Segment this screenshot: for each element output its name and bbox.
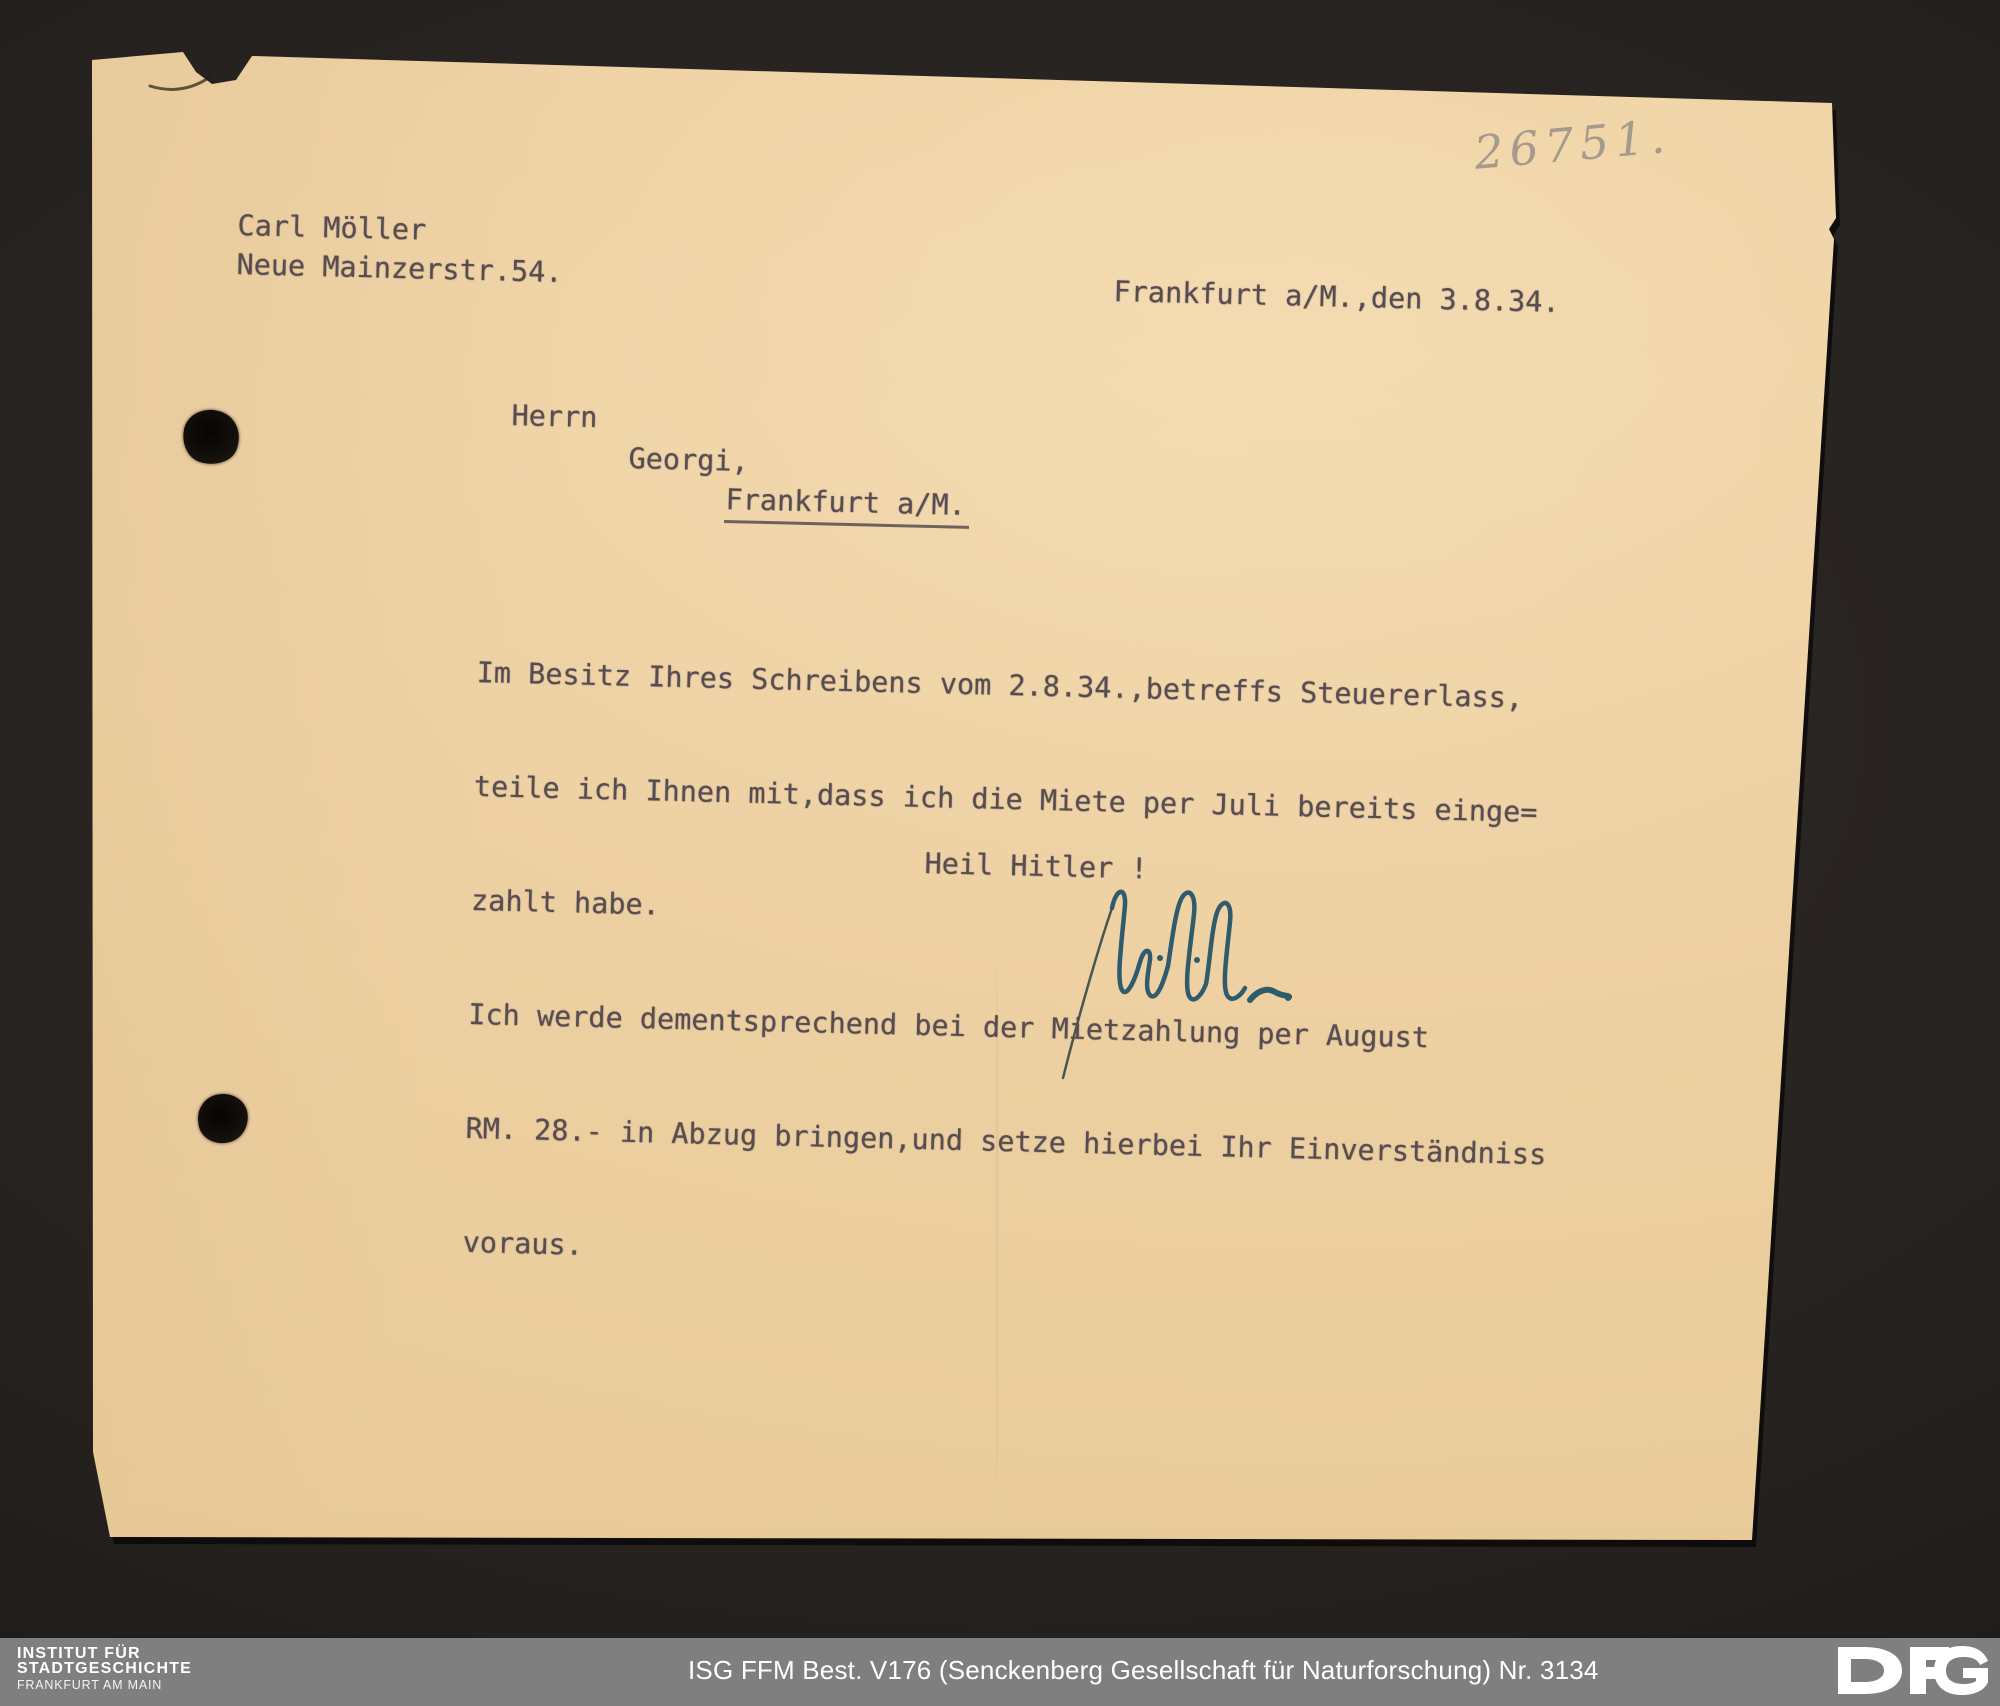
scanned-letter-page: 26751. Carl MöllerNeue Mainzerstr.54. Fr… — [0, 0, 2000, 1706]
institution-line: STADTGESCHICHTE — [17, 1662, 192, 1677]
body-line: Ich werde dementsprechend bei der Mietza… — [468, 996, 1550, 1060]
recipient-salutation: Herrn — [511, 399, 598, 434]
institution-block: INSTITUT FÜR STADTGESCHICHTE FRANKFURT A… — [17, 1647, 192, 1691]
body-line: voraus. — [462, 1224, 1544, 1288]
dfg-logo: DFG — [1838, 1646, 1988, 1696]
sender-name: Carl Möller — [237, 209, 426, 247]
institution-line: FRANKFURT AM MAIN — [17, 1679, 192, 1691]
body-line: zahlt habe. — [471, 882, 1553, 946]
sender-street: Neue Mainzerstr.54. — [236, 248, 563, 289]
body-line: RM. 28.- in Abzug bringen,und setze hier… — [465, 1110, 1547, 1174]
closing-salute: Heil Hitler ! — [924, 847, 1148, 885]
archive-reference: ISG FFM Best. V176 (Senckenberg Gesellsc… — [688, 1655, 1599, 1686]
recipient-place-underlined: Frankfurt a/M. — [724, 483, 970, 529]
archive-footer-bar: INSTITUT FÜR STADTGESCHICHTE FRANKFURT A… — [0, 1638, 2000, 1706]
sender-block: Carl MöllerNeue Mainzerstr.54. — [236, 206, 564, 292]
body-line: teile ich Ihnen mit,dass ich die Miete p… — [473, 768, 1555, 832]
body-line: Im Besitz Ihres Schreibens vom 2.8.34.,b… — [476, 654, 1558, 718]
letter-body: Im Besitz Ihres Schreibens vom 2.8.34.,b… — [460, 578, 1559, 1364]
recipient-place: Frankfurt a/M. — [726, 483, 970, 522]
recipient-name: Georgi, — [628, 442, 749, 478]
